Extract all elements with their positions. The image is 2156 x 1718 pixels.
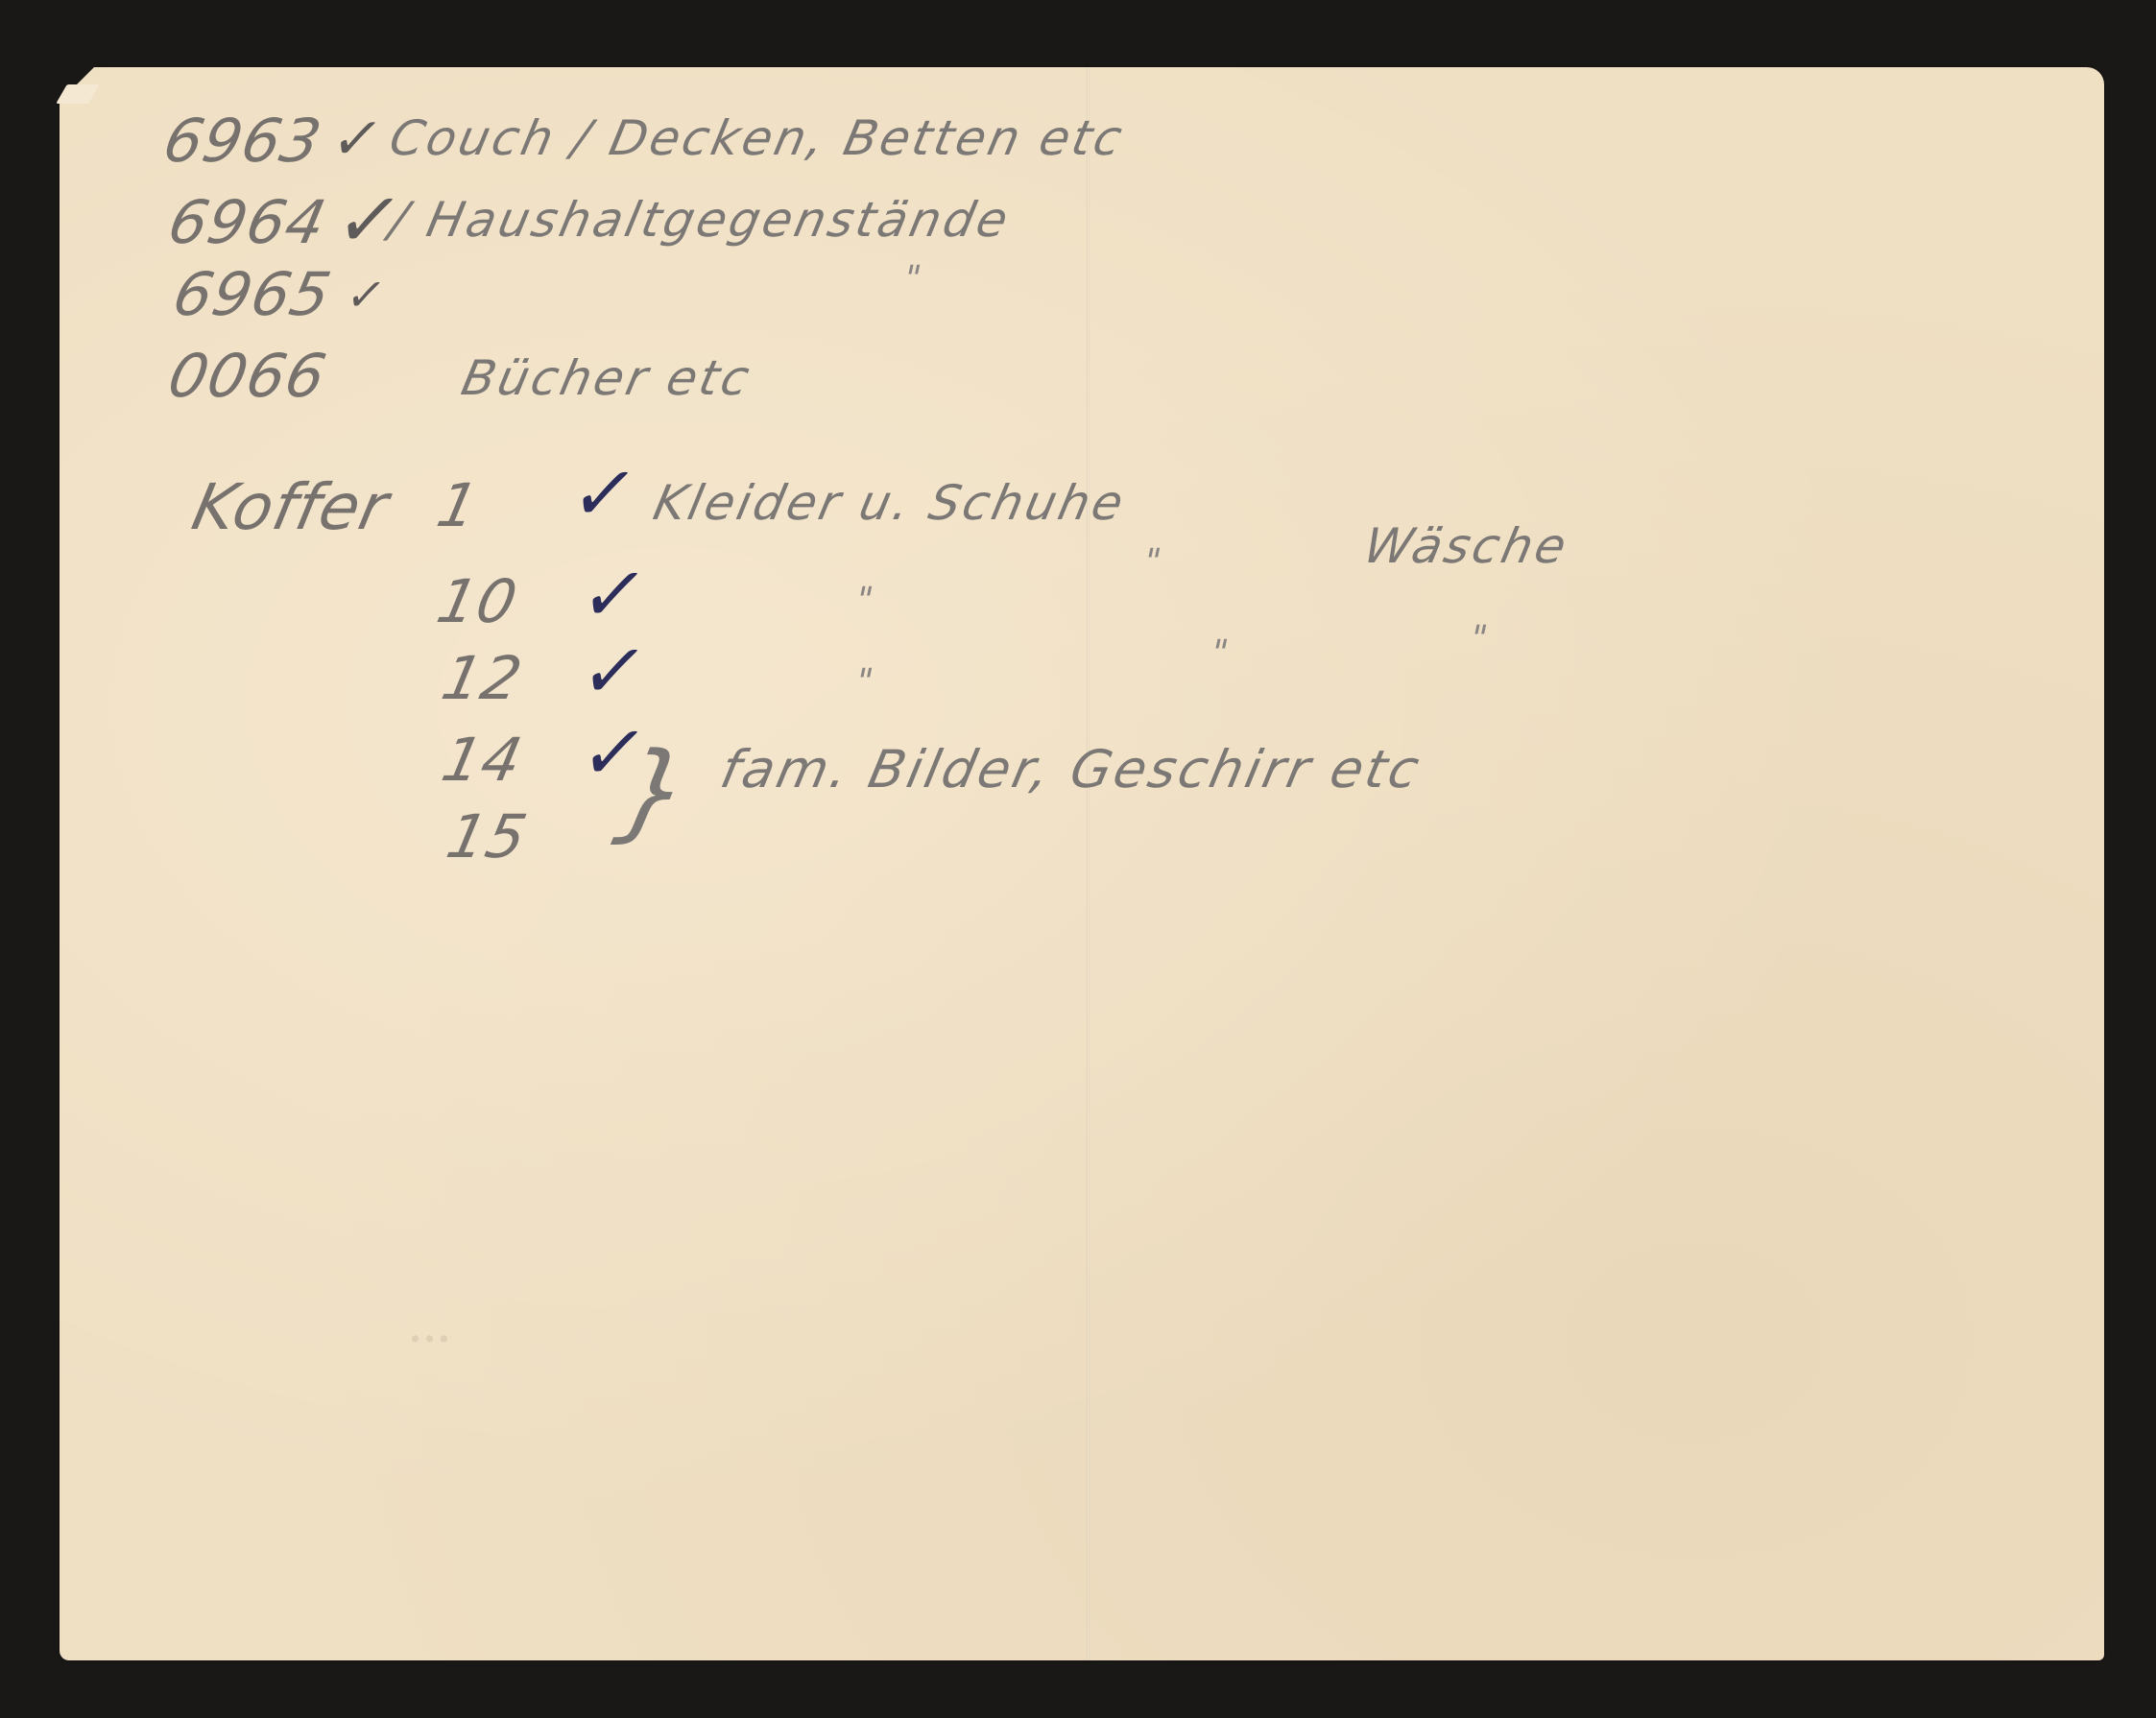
koffer-number: 15 [441, 801, 533, 871]
check-icon: ✓ [573, 552, 655, 638]
entry-description: / Haushaltgegenstände [385, 192, 1016, 248]
ditto-mark: " [1208, 633, 1233, 673]
ditto-mark: " [1140, 542, 1165, 582]
entry-description: Couch / Decken, Betten etc [385, 110, 1130, 166]
check-icon: ✓ [342, 269, 391, 321]
entry-description: Bücher etc [457, 350, 757, 406]
center-fold-line [1087, 67, 1090, 1660]
document-paper: 6963 ✓ Couch / Decken, Betten etc 6964 ✓… [60, 67, 2104, 1660]
koffer-description: Kleider u. Schuhe [649, 475, 1131, 531]
entry-number: 6963 [157, 106, 327, 176]
koffer-number: 14 [436, 725, 528, 795]
entry-number: 0066 [162, 341, 332, 411]
perforated-edge [2100, 115, 2114, 1632]
koffer-number: 10 [431, 566, 523, 636]
check-icon: ✓ [326, 106, 390, 173]
check-icon: ✓ [573, 629, 655, 715]
bleed-through-text: ... [410, 1303, 453, 1352]
entry-number: 6964 [162, 187, 332, 257]
check-icon: ✓ [563, 451, 645, 537]
ditto-mark: " [852, 581, 877, 620]
ditto-mark: " [900, 259, 925, 298]
ditto-mark: " [852, 662, 877, 702]
entry-number: 6965 [167, 259, 337, 329]
koffer-label: Koffer [186, 470, 395, 544]
koffer-extra: Wäsche [1359, 518, 1574, 574]
ditto-mark: " [1467, 619, 1492, 658]
koffer-description: fam. Bilder, Geschirr etc [715, 739, 1426, 799]
koffer-number: 1 [431, 470, 485, 540]
koffer-number: 12 [436, 643, 528, 713]
